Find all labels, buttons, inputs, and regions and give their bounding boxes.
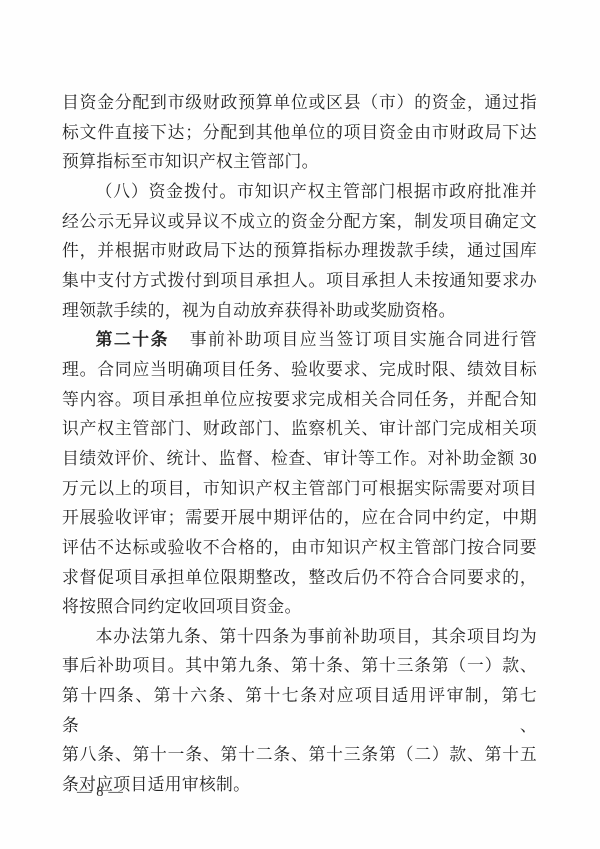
paragraph: （八）资金拨付。市知识产权主管部门根据市政府批准并经公示无异议或异议不成立的资金… xyxy=(62,177,537,325)
text-line: 评估不达标或验收不合格的，由市知识产权主管部门按合同要 xyxy=(62,533,537,563)
text-line: 条对应项目适用审核制。 xyxy=(62,770,537,800)
text-line: 理领款手续的，视为自动放弃获得补助或奖励资格。 xyxy=(62,296,537,326)
text-line: 将按照合同约定收回项目资金。 xyxy=(62,592,537,622)
document-page: 目资金分配到市级财政预算单位或区县（市）的资金，通过指标文件直接下达；分配到其他… xyxy=(0,0,600,849)
paragraph: 目资金分配到市级财政预算单位或区县（市）的资金，通过指标文件直接下达；分配到其他… xyxy=(62,88,537,177)
bold-article-number: 第二十条 xyxy=(96,330,169,349)
text-line: 件，并根据市财政局下达的预算指标办理拨款手续，通过国库 xyxy=(62,236,537,266)
text-line: 标文件直接下达；分配到其他单位的项目资金由市财政局下达 xyxy=(62,118,537,148)
text-line: 目资金分配到市级财政预算单位或区县（市）的资金，通过指 xyxy=(62,88,537,118)
body-text: 目资金分配到市级财政预算单位或区县（市）的资金，通过指标文件直接下达；分配到其他… xyxy=(62,88,537,800)
paragraph: 本办法第九条、第十四条为事前补助项目，其余项目均为事后补助项目。其中第九条、第十… xyxy=(62,622,537,800)
text-line: 第八条、第十一条、第十二条、第十三条第（二）款、第十五 xyxy=(62,740,537,770)
text-line: 集中支付方式拨付到项目承担人。项目承担人未按通知要求办 xyxy=(62,266,537,296)
text-line: 事后补助项目。其中第九条、第十条、第十三条第（一）款、 xyxy=(62,651,537,681)
text-line: 第二十条 事前补助项目应当签订项目实施合同进行管 xyxy=(62,325,537,355)
text-line: 第十四条、第十六条、第十七条对应项目适用评审制，第七条、 xyxy=(62,681,537,740)
text-line: 预算指标至市知识产权主管部门。 xyxy=(62,147,537,177)
text-line: 万元以上的项目，市知识产权主管部门可根据实际需要对项目 xyxy=(62,474,537,504)
text-line: 目绩效评价、统计、监督、检查、审计等工作。对补助金额 30 xyxy=(62,444,537,474)
text-line: 求督促项目承担单位限期整改，整改后仍不符合合同要求的， xyxy=(62,563,537,593)
text-line: 经公示无异议或异议不成立的资金分配方案，制发项目确定文 xyxy=(62,207,537,237)
text-line: 识产权主管部门、财政部门、监察机关、审计部门完成相关项 xyxy=(62,414,537,444)
text-line: 等内容。项目承担单位应按要求完成相关合同任务，并配合知 xyxy=(62,385,537,415)
text-line: （八）资金拨付。市知识产权主管部门根据市政府批准并 xyxy=(62,177,537,207)
text-line: 理。合同应当明确项目任务、验收要求、完成时限、绩效目标 xyxy=(62,355,537,385)
text-line: 开展验收评审；需要开展中期评估的，应在合同中约定，中期 xyxy=(62,503,537,533)
paragraph: 第二十条 事前补助项目应当签订项目实施合同进行管理。合同应当明确项目任务、验收要… xyxy=(62,325,537,622)
text-line: 本办法第九条、第十四条为事前补助项目，其余项目均为 xyxy=(62,622,537,652)
page-number: — 8 — xyxy=(77,784,123,801)
